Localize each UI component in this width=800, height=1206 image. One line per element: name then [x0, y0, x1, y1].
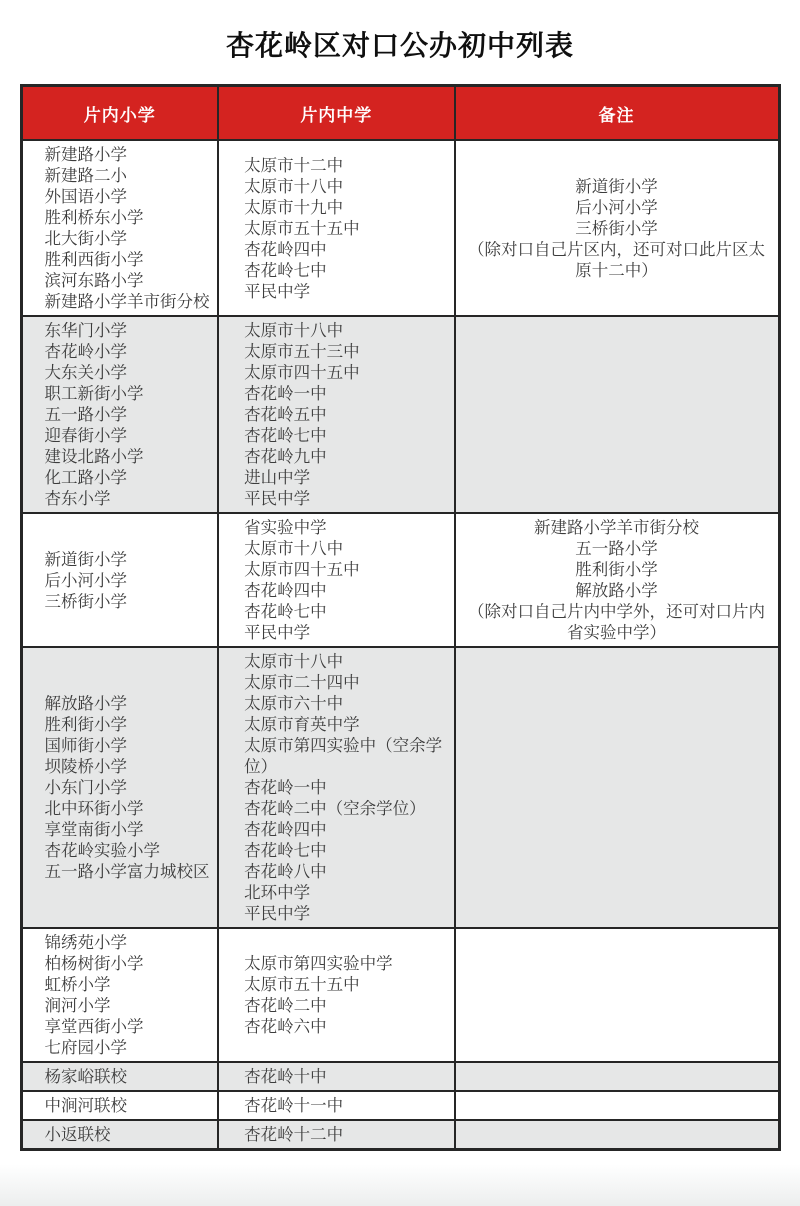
remark-line: 胜利街小学 — [466, 559, 768, 580]
table-cell-primary-schools: 小返联校 — [21, 1120, 218, 1150]
table-cell-middle-schools: 杏花岭十一中 — [218, 1091, 454, 1120]
middle-school-name: 杏花岭七中 — [244, 840, 449, 861]
remark-line: （除对口自己片内中学外，还可对口片内省实验中学） — [466, 601, 768, 643]
page-title: 杏花岭区对口公办初中列表 — [0, 0, 800, 84]
table-cell-remarks — [455, 316, 779, 513]
remark-line: 新道街小学 — [466, 176, 768, 197]
column-header-primary-schools: 片内小学 — [21, 86, 218, 141]
middle-school-name: 杏花岭四中 — [244, 580, 449, 601]
table-cell-remarks — [455, 928, 779, 1062]
primary-school-name: 柏杨树街小学 — [45, 953, 214, 974]
primary-school-name: 五一路小学 — [45, 404, 214, 425]
middle-school-name: 平民中学 — [244, 281, 449, 302]
primary-school-name: 国师街小学 — [45, 735, 214, 756]
primary-school-name: 新道街小学 — [45, 549, 214, 570]
primary-school-name: 新建路小学羊市街分校 — [45, 291, 214, 312]
middle-school-name: 太原市二十四中 — [244, 672, 449, 693]
table-row: 锦绣苑小学柏杨树街小学虹桥小学涧河小学享堂西街小学七府园小学太原市第四实验中学太… — [21, 928, 779, 1062]
middle-school-name: 省实验中学 — [244, 517, 449, 538]
remark-line: 解放路小学 — [466, 580, 768, 601]
table-cell-middle-schools: 省实验中学太原市十八中太原市四十五中杏花岭四中杏花岭七中平民中学 — [218, 513, 454, 647]
school-table: 片内小学 片内中学 备注 新建路小学新建路二小外国语小学胜利桥东小学北大街小学胜… — [20, 84, 781, 1151]
primary-school-name: 涧河小学 — [45, 995, 214, 1016]
middle-school-name: 杏花岭二中（空余学位） — [244, 798, 449, 819]
middle-school-name: 平民中学 — [244, 622, 449, 643]
primary-school-name: 东华门小学 — [45, 320, 214, 341]
primary-school-name: 享堂南街小学 — [45, 819, 214, 840]
column-header-middle-schools: 片内中学 — [218, 86, 454, 141]
primary-school-name: 坝陵桥小学 — [45, 756, 214, 777]
middle-school-name: 太原市第四实验中学 — [244, 953, 449, 974]
remark-line: 三桥街小学 — [466, 218, 768, 239]
table-row: 新建路小学新建路二小外国语小学胜利桥东小学北大街小学胜利西街小学滨河东路小学新建… — [21, 140, 779, 316]
middle-school-name: 杏花岭四中 — [244, 819, 449, 840]
middle-school-name: 进山中学 — [244, 467, 449, 488]
table-cell-primary-schools: 中涧河联校 — [21, 1091, 218, 1120]
primary-school-name: 北中环街小学 — [45, 798, 214, 819]
primary-school-name: 职工新街小学 — [45, 383, 214, 404]
middle-school-name: 太原市五十三中 — [244, 341, 449, 362]
middle-school-name: 杏花岭四中 — [244, 239, 449, 260]
primary-school-name: 北大街小学 — [45, 228, 214, 249]
primary-school-name: 化工路小学 — [45, 467, 214, 488]
table-cell-remarks — [455, 1062, 779, 1091]
primary-school-name: 解放路小学 — [45, 693, 214, 714]
middle-school-name: 杏花岭六中 — [244, 1016, 449, 1037]
middle-school-name: 太原市第四实验中（空余学位） — [244, 735, 449, 777]
table-cell-remarks: 新道街小学后小河小学三桥街小学（除对口自己片区内，还可对口此片区太原十二中） — [455, 140, 779, 316]
middle-school-name: 杏花岭七中 — [244, 601, 449, 622]
table-cell-primary-schools: 锦绣苑小学柏杨树街小学虹桥小学涧河小学享堂西街小学七府园小学 — [21, 928, 218, 1062]
middle-school-name: 太原市六十中 — [244, 693, 449, 714]
primary-school-name: 后小河小学 — [45, 570, 214, 591]
primary-school-name: 外国语小学 — [45, 186, 214, 207]
table-cell-primary-schools: 新建路小学新建路二小外国语小学胜利桥东小学北大街小学胜利西街小学滨河东路小学新建… — [21, 140, 218, 316]
remark-line: 新建路小学羊市街分校 — [466, 517, 768, 538]
header-row: 片内小学 片内中学 备注 — [21, 86, 779, 141]
primary-school-name: 迎春街小学 — [45, 425, 214, 446]
primary-school-name: 大东关小学 — [45, 362, 214, 383]
middle-school-name: 杏花岭七中 — [244, 260, 449, 281]
middle-school-name: 太原市十八中 — [244, 176, 449, 197]
middle-school-name: 杏花岭五中 — [244, 404, 449, 425]
table-cell-remarks — [455, 1120, 779, 1150]
middle-school-name: 杏花岭一中 — [244, 777, 449, 798]
primary-school-name: 杏东小学 — [45, 488, 214, 509]
remark-line: （除对口自己片区内，还可对口此片区太原十二中） — [466, 239, 768, 281]
table-cell-middle-schools: 太原市十二中太原市十八中太原市十九中太原市五十五中杏花岭四中杏花岭七中平民中学 — [218, 140, 454, 316]
middle-school-name: 太原市四十五中 — [244, 559, 449, 580]
table-row: 杨家峪联校杏花岭十中 — [21, 1062, 779, 1091]
middle-school-name: 北环中学 — [244, 882, 449, 903]
primary-school-name: 滨河东路小学 — [45, 270, 214, 291]
page-bottom-fade — [0, 1164, 800, 1206]
primary-school-name: 五一路小学富力城校区 — [45, 861, 214, 882]
primary-school-name: 中涧河联校 — [45, 1095, 214, 1116]
primary-school-name: 虹桥小学 — [45, 974, 214, 995]
primary-school-name: 享堂西街小学 — [45, 1016, 214, 1037]
primary-school-name: 胜利西街小学 — [45, 249, 214, 270]
middle-school-name: 杏花岭八中 — [244, 861, 449, 882]
middle-school-name: 太原市十八中 — [244, 320, 449, 341]
primary-school-name: 小返联校 — [45, 1124, 214, 1145]
table-body: 新建路小学新建路二小外国语小学胜利桥东小学北大街小学胜利西街小学滨河东路小学新建… — [21, 140, 779, 1150]
middle-school-name: 太原市十八中 — [244, 538, 449, 559]
table-cell-middle-schools: 杏花岭十中 — [218, 1062, 454, 1091]
middle-school-name: 杏花岭十中 — [244, 1066, 449, 1087]
table-row: 新道街小学后小河小学三桥街小学省实验中学太原市十八中太原市四十五中杏花岭四中杏花… — [21, 513, 779, 647]
middle-school-name: 太原市五十五中 — [244, 974, 449, 995]
table-cell-middle-schools: 太原市十八中太原市五十三中太原市四十五中杏花岭一中杏花岭五中杏花岭七中杏花岭九中… — [218, 316, 454, 513]
middle-school-name: 太原市育英中学 — [244, 714, 449, 735]
remark-line: 五一路小学 — [466, 538, 768, 559]
primary-school-name: 杏花岭小学 — [45, 341, 214, 362]
table-cell-middle-schools: 太原市十八中太原市二十四中太原市六十中太原市育英中学太原市第四实验中（空余学位）… — [218, 647, 454, 928]
table-row: 中涧河联校杏花岭十一中 — [21, 1091, 779, 1120]
table-cell-primary-schools: 东华门小学杏花岭小学大东关小学职工新街小学五一路小学迎春街小学建设北路小学化工路… — [21, 316, 218, 513]
middle-school-name: 杏花岭十二中 — [244, 1124, 449, 1145]
table-row: 小返联校杏花岭十二中 — [21, 1120, 779, 1150]
primary-school-name: 胜利街小学 — [45, 714, 214, 735]
middle-school-name: 太原市四十五中 — [244, 362, 449, 383]
table-cell-primary-schools: 解放路小学胜利街小学国师街小学坝陵桥小学小东门小学北中环街小学享堂南街小学杏花岭… — [21, 647, 218, 928]
table-cell-remarks — [455, 647, 779, 928]
table-cell-middle-schools: 杏花岭十二中 — [218, 1120, 454, 1150]
middle-school-name: 杏花岭七中 — [244, 425, 449, 446]
middle-school-name: 平民中学 — [244, 488, 449, 509]
middle-school-name: 杏花岭十一中 — [244, 1095, 449, 1116]
primary-school-name: 七府园小学 — [45, 1037, 214, 1058]
middle-school-name: 杏花岭一中 — [244, 383, 449, 404]
middle-school-name: 杏花岭九中 — [244, 446, 449, 467]
remark-line: 后小河小学 — [466, 197, 768, 218]
primary-school-name: 杨家峪联校 — [45, 1066, 214, 1087]
table-row: 东华门小学杏花岭小学大东关小学职工新街小学五一路小学迎春街小学建设北路小学化工路… — [21, 316, 779, 513]
middle-school-name: 太原市五十五中 — [244, 218, 449, 239]
primary-school-name: 三桥街小学 — [45, 591, 214, 612]
primary-school-name: 小东门小学 — [45, 777, 214, 798]
primary-school-name: 新建路二小 — [45, 165, 214, 186]
primary-school-name: 杏花岭实验小学 — [45, 840, 214, 861]
table-header: 片内小学 片内中学 备注 — [21, 86, 779, 141]
column-header-remarks: 备注 — [455, 86, 779, 141]
primary-school-name: 新建路小学 — [45, 144, 214, 165]
primary-school-name: 锦绣苑小学 — [45, 932, 214, 953]
table-cell-middle-schools: 太原市第四实验中学太原市五十五中杏花岭二中杏花岭六中 — [218, 928, 454, 1062]
middle-school-name: 太原市十九中 — [244, 197, 449, 218]
middle-school-name: 平民中学 — [244, 903, 449, 924]
middle-school-name: 太原市十二中 — [244, 155, 449, 176]
table-cell-remarks: 新建路小学羊市街分校五一路小学胜利街小学解放路小学（除对口自己片内中学外，还可对… — [455, 513, 779, 647]
table-row: 解放路小学胜利街小学国师街小学坝陵桥小学小东门小学北中环街小学享堂南街小学杏花岭… — [21, 647, 779, 928]
table-cell-primary-schools: 新道街小学后小河小学三桥街小学 — [21, 513, 218, 647]
primary-school-name: 建设北路小学 — [45, 446, 214, 467]
middle-school-name: 杏花岭二中 — [244, 995, 449, 1016]
table-cell-remarks — [455, 1091, 779, 1120]
middle-school-name: 太原市十八中 — [244, 651, 449, 672]
primary-school-name: 胜利桥东小学 — [45, 207, 214, 228]
table-cell-primary-schools: 杨家峪联校 — [21, 1062, 218, 1091]
